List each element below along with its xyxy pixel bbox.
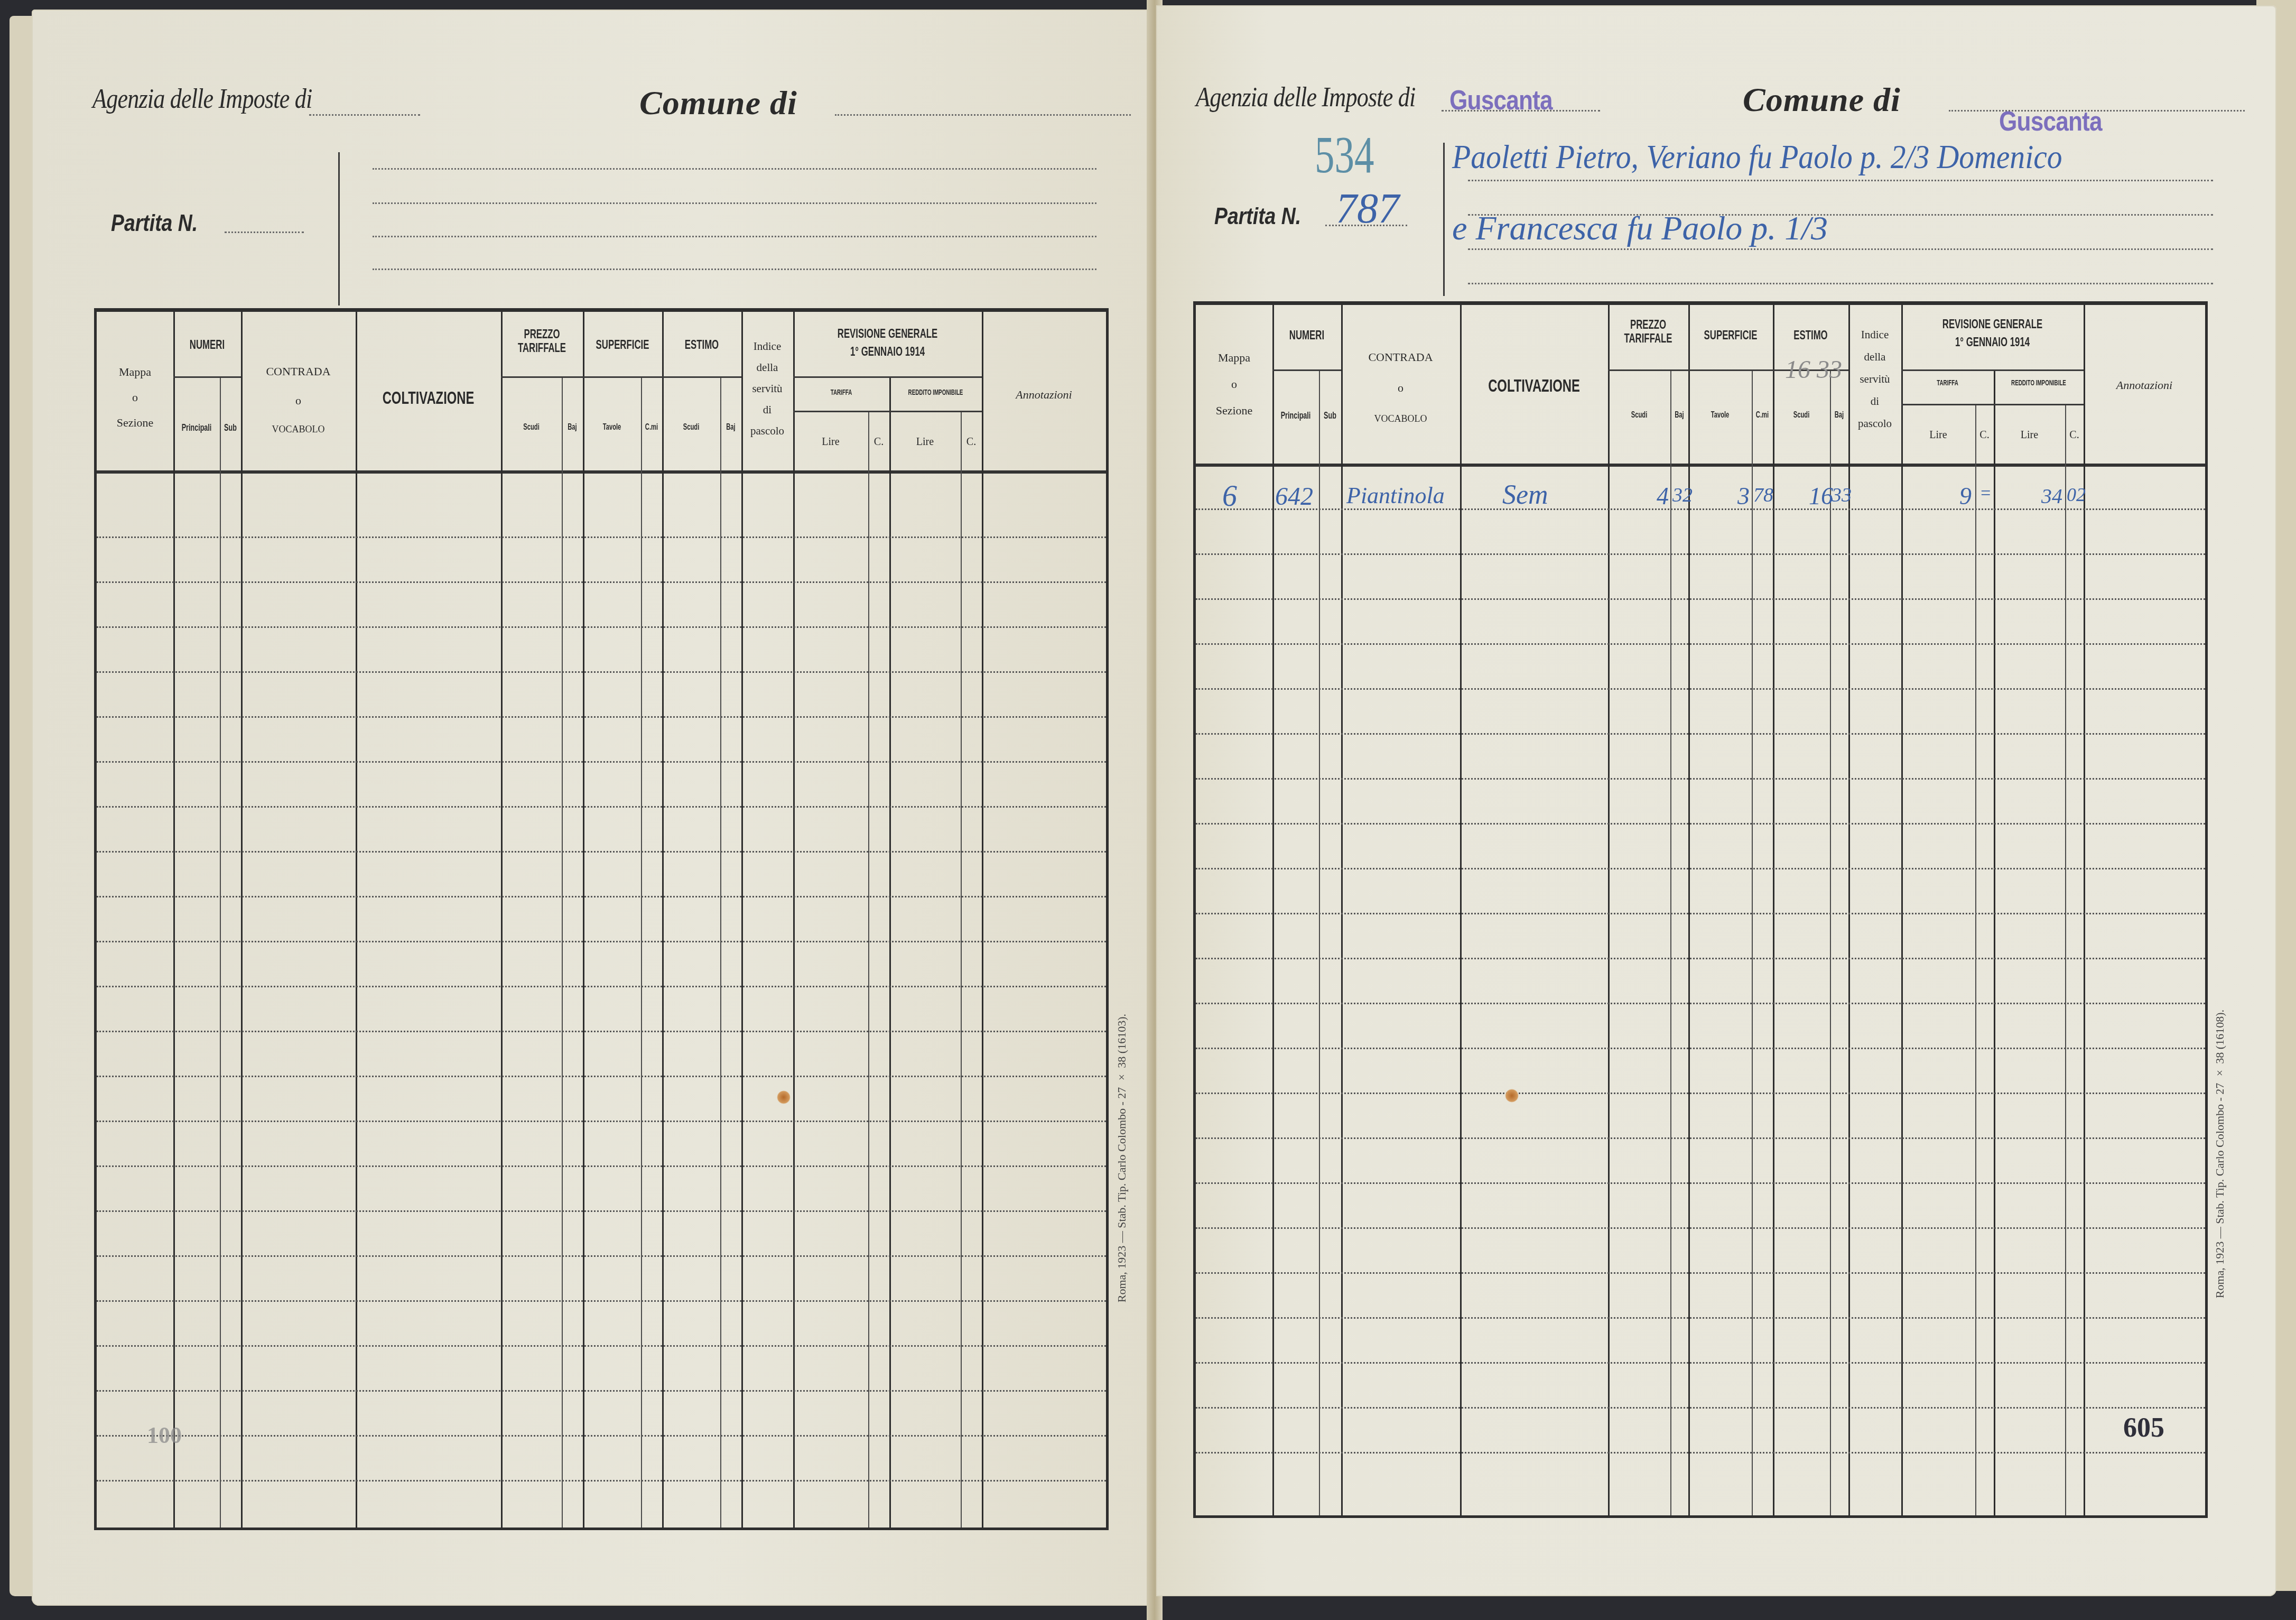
col-divider bbox=[961, 412, 962, 1528]
th-mappa: MappaoSezione bbox=[1196, 345, 1272, 424]
th-revisione: REVISIONE GENERALE1° GENNAIO 1914 bbox=[1929, 316, 2057, 351]
row-line bbox=[97, 536, 1106, 538]
row-line bbox=[1196, 1227, 2205, 1229]
col-divider bbox=[720, 378, 721, 1528]
th-revisione-2: 1° GENNAIO 1914 bbox=[1929, 334, 2057, 351]
row-line bbox=[1196, 1003, 2205, 1004]
register-table-left: MappaoSezione NUMERI Principali Sub CONT… bbox=[94, 308, 1109, 1530]
partita-number: 787 bbox=[1336, 185, 1399, 233]
cell-reddito-lire: 34 bbox=[2041, 484, 2062, 508]
row-line bbox=[97, 626, 1106, 628]
agency-stamp: Guscanta bbox=[1449, 85, 1553, 116]
th-annotazioni: Annotazioni bbox=[982, 388, 1106, 401]
owner-line-1 bbox=[1468, 180, 2213, 181]
th-revisione-2: 1° GENNAIO 1914 bbox=[822, 343, 954, 361]
prezzo-subrule bbox=[501, 376, 583, 378]
cell-tariffa-c: = bbox=[1979, 484, 1992, 504]
owner-line-3 bbox=[373, 236, 1096, 237]
th-tariffa: TARIFFA bbox=[807, 388, 875, 396]
owner-line-1 bbox=[373, 168, 1096, 170]
th-contrada-3: VOCABOLO bbox=[1341, 403, 1460, 434]
col-divider bbox=[1752, 371, 1753, 1515]
th-indice-2: della bbox=[741, 357, 793, 378]
th-prezzo-2: TARIFFALE bbox=[1620, 332, 1676, 346]
th-revisione-1: REVISIONE GENERALE bbox=[822, 325, 954, 343]
th-numeri: NUMERI bbox=[183, 338, 231, 352]
header-bottom-rule bbox=[1196, 464, 2205, 467]
cell-prezzo-scudi: 4 bbox=[1657, 482, 1669, 510]
row-line bbox=[97, 1255, 1106, 1257]
row-line bbox=[1196, 1362, 2205, 1364]
th-indice-5: pascolo bbox=[1848, 412, 1901, 434]
row-line bbox=[97, 671, 1106, 673]
th-prezzo-1: PREZZO bbox=[1620, 318, 1676, 332]
superficie-subrule bbox=[583, 376, 662, 378]
owner-line-2 bbox=[373, 202, 1096, 204]
row-line bbox=[97, 581, 1106, 583]
th-prezzo: PREZZOTARIFFALE bbox=[1620, 318, 1676, 346]
row-line bbox=[1196, 1048, 2205, 1049]
th-baj: Baj bbox=[1673, 411, 1686, 420]
row-line bbox=[1196, 1317, 2205, 1319]
printer-note-right: Roma, 1923 — Stab. Tip. Carlo Colombo - … bbox=[2213, 1010, 2227, 1298]
th-indice-3: servitù bbox=[741, 378, 793, 399]
paper-stain bbox=[777, 1090, 791, 1104]
th-estimo-scudi: Scudi bbox=[671, 423, 712, 432]
col-divider bbox=[1319, 371, 1320, 1515]
cell-estimo-baj: 33 bbox=[1832, 484, 1852, 507]
th-prezzo-1: PREZZO bbox=[513, 328, 571, 341]
estimo-pencil-note: 16 33 bbox=[1785, 355, 1842, 384]
th-tavole: Tavole bbox=[1698, 411, 1742, 420]
th-reddito-lire: Lire bbox=[889, 436, 961, 448]
cell-tariffa-lire: 9 bbox=[1959, 482, 1972, 510]
page-number-right: 605 bbox=[2123, 1412, 2164, 1443]
th-mappa-2: o bbox=[1196, 371, 1272, 397]
th-tariffa-lire: Lire bbox=[1901, 429, 1975, 441]
row-line bbox=[97, 1031, 1106, 1032]
cell-reddito-c: 02 bbox=[2067, 484, 2086, 506]
th-scudi: Scudi bbox=[510, 423, 553, 432]
prezzo-subrule bbox=[1608, 369, 1688, 371]
row-line bbox=[1196, 1093, 2205, 1094]
row-line bbox=[1196, 913, 2205, 914]
col-divider bbox=[1272, 305, 1274, 1515]
col-divider bbox=[1901, 305, 1903, 1515]
th-mappa-3: Sezione bbox=[1196, 397, 1272, 424]
owner-name-line-2: e Francesca fu Paolo p. 1/3 bbox=[1452, 209, 1828, 248]
th-coltivazione: COLTIVAZIONE bbox=[1482, 376, 1586, 396]
col-divider bbox=[641, 378, 642, 1528]
th-principali: Principali bbox=[180, 423, 213, 433]
th-reddito-lire: Lire bbox=[1994, 429, 2065, 441]
th-indice-3: servitù bbox=[1848, 368, 1901, 390]
col-divider bbox=[868, 412, 869, 1528]
th-indice-4: di bbox=[741, 399, 793, 420]
th-reddito-c: C. bbox=[961, 436, 982, 448]
col-divider bbox=[1670, 371, 1671, 1515]
th-tavole: Tavole bbox=[592, 423, 633, 432]
th-contrada-2: o bbox=[1341, 373, 1460, 403]
tariffa-subrule bbox=[793, 411, 982, 412]
row-line bbox=[1196, 1137, 2205, 1139]
th-estimo: ESTIMO bbox=[674, 338, 730, 352]
right-page: Agenzia delle Imposte di Guscanta Comune… bbox=[1156, 5, 2276, 1596]
th-contrada-1: CONTRADA bbox=[241, 357, 356, 386]
estimo-subrule bbox=[662, 376, 741, 378]
partita-field bbox=[225, 232, 304, 233]
col-divider bbox=[1460, 305, 1462, 1515]
col-divider bbox=[562, 378, 563, 1528]
th-indice-4: di bbox=[1848, 390, 1901, 412]
th-indice-1: Indice bbox=[741, 336, 793, 357]
row-line bbox=[1196, 958, 2205, 959]
th-mappa-1: Mappa bbox=[97, 359, 173, 385]
owner-line-4 bbox=[1468, 283, 2213, 284]
row-line bbox=[97, 1210, 1106, 1212]
cell-contrada: Piantinola bbox=[1346, 482, 1445, 509]
th-reddito-c: C. bbox=[2065, 429, 2084, 441]
row-line bbox=[1196, 508, 2205, 510]
row-line bbox=[97, 1480, 1106, 1482]
th-annotazioni: Annotazioni bbox=[2084, 379, 2205, 392]
th-contrada-3: VOCABOLO bbox=[241, 415, 356, 444]
th-indice-5: pascolo bbox=[741, 420, 793, 441]
th-estimo-baj: Baj bbox=[1833, 411, 1846, 420]
th-sub: Sub bbox=[1322, 411, 1337, 421]
col-divider bbox=[1830, 371, 1831, 1515]
row-line bbox=[97, 1435, 1106, 1437]
th-numeri: NUMERI bbox=[1283, 329, 1331, 342]
revisione-subrule bbox=[1901, 369, 2084, 371]
row-line bbox=[1196, 868, 2205, 869]
col-divider bbox=[2065, 405, 2066, 1515]
comune-label: Comune di bbox=[639, 84, 797, 123]
cell-prezzo-baj: 32 bbox=[1672, 484, 1693, 507]
th-indice-2: della bbox=[1848, 346, 1901, 368]
cell-sup-tavole: 3 bbox=[1737, 482, 1750, 510]
th-mappa-3: Sezione bbox=[97, 410, 173, 436]
th-cmi: C.mi bbox=[1755, 411, 1770, 420]
th-superficie: SUPERFICIE bbox=[1701, 329, 1760, 342]
th-tariffa: TARIFFA bbox=[1915, 379, 1980, 387]
row-line bbox=[97, 986, 1106, 987]
row-line bbox=[97, 851, 1106, 853]
th-scudi: Scudi bbox=[1618, 411, 1661, 420]
numeri-subrule bbox=[1272, 369, 1341, 371]
row-line bbox=[97, 896, 1106, 897]
th-tariffa-lire: Lire bbox=[793, 436, 868, 448]
th-baj: Baj bbox=[565, 423, 580, 432]
col-divider bbox=[1994, 371, 1995, 1515]
th-mappa-1: Mappa bbox=[1196, 345, 1272, 371]
row-line bbox=[1196, 688, 2205, 690]
th-cmi: C.mi bbox=[644, 423, 659, 432]
owner-bracket bbox=[1443, 143, 1445, 296]
row-line bbox=[1196, 553, 2205, 555]
row-line bbox=[1196, 643, 2205, 645]
superficie-subrule bbox=[1688, 369, 1773, 371]
agency-label: Agenzia delle Imposte di bbox=[1196, 82, 1415, 113]
th-contrada-2: o bbox=[241, 386, 356, 415]
th-contrada-1: CONTRADA bbox=[1341, 342, 1460, 373]
th-tariffa-c: C. bbox=[868, 436, 889, 448]
agency-label: Agenzia delle Imposte di bbox=[92, 84, 312, 115]
col-divider bbox=[889, 378, 891, 1528]
page-number-left: 100 bbox=[147, 1422, 182, 1449]
row-line bbox=[97, 1076, 1106, 1077]
col-divider bbox=[1341, 305, 1343, 1515]
row-line bbox=[1196, 1182, 2205, 1184]
row-line bbox=[97, 1121, 1106, 1122]
paper-stain bbox=[1505, 1089, 1519, 1103]
row-line bbox=[97, 941, 1106, 942]
cell-sup-cmi: 78 bbox=[1753, 484, 1773, 507]
row-line bbox=[1196, 733, 2205, 735]
th-estimo-baj: Baj bbox=[723, 423, 738, 432]
row-line bbox=[1196, 598, 2205, 600]
row-line bbox=[1196, 1272, 2205, 1274]
owner-name-line-1: Paoletti Pietro, Veriano fu Paolo p. 2/3… bbox=[1452, 137, 2062, 177]
partita-label: Partita N. bbox=[111, 210, 198, 237]
th-indice: Indicedellaservitùdipascolo bbox=[741, 336, 793, 441]
th-mappa: MappaoSezione bbox=[97, 359, 173, 436]
row-line bbox=[97, 1300, 1106, 1302]
col-divider bbox=[1608, 305, 1610, 1515]
cell-estimo-scudi: 16 bbox=[1809, 482, 1833, 510]
row-line bbox=[97, 1345, 1106, 1347]
revisione-subrule bbox=[793, 376, 982, 378]
row-line bbox=[1196, 778, 2205, 780]
row-line bbox=[1196, 1407, 2205, 1409]
comune-stamp: Guscanta bbox=[1999, 106, 2102, 137]
th-contrada: CONTRADAoVOCABOLO bbox=[1341, 342, 1460, 434]
th-sub: Sub bbox=[223, 423, 238, 433]
owner-line-3 bbox=[1468, 248, 2213, 250]
left-page: Agenzia delle Imposte di Comune di Parti… bbox=[32, 10, 1152, 1606]
col-divider bbox=[1975, 405, 1976, 1515]
row-line bbox=[97, 1390, 1106, 1392]
row-line bbox=[97, 1165, 1106, 1167]
partita-label: Partita N. bbox=[1214, 203, 1301, 230]
header-bottom-rule bbox=[97, 470, 1106, 474]
partita-old-number: 534 bbox=[1315, 124, 1374, 185]
numeri-subrule bbox=[173, 376, 241, 378]
th-indice-1: Indice bbox=[1848, 323, 1901, 346]
row-line bbox=[1196, 1452, 2205, 1454]
th-contrada: CONTRADAoVOCABOLO bbox=[241, 357, 356, 444]
cell-principali: 642 bbox=[1275, 482, 1313, 511]
comune-field bbox=[835, 114, 1131, 116]
owner-line-4 bbox=[373, 269, 1096, 270]
row-line bbox=[1196, 823, 2205, 825]
th-prezzo-2: TARIFFALE bbox=[513, 341, 571, 355]
comune-label: Comune di bbox=[1743, 80, 1901, 119]
row-line bbox=[97, 806, 1106, 808]
th-prezzo: PREZZOTARIFFALE bbox=[513, 328, 571, 356]
th-coltivazione: COLTIVAZIONE bbox=[377, 388, 479, 408]
col-divider bbox=[220, 378, 221, 1528]
th-superficie: SUPERFICIE bbox=[595, 338, 650, 352]
owner-bracket bbox=[338, 152, 340, 306]
th-revisione-1: REVISIONE GENERALE bbox=[1929, 316, 2057, 334]
th-tariffa-c: C. bbox=[1975, 429, 1994, 441]
cell-coltivazione: Sem bbox=[1502, 479, 1548, 511]
th-estimo: ESTIMO bbox=[1784, 329, 1837, 342]
tariffa-subrule bbox=[1901, 404, 2084, 405]
th-revisione: REVISIONE GENERALE1° GENNAIO 1914 bbox=[822, 325, 954, 361]
agency-field bbox=[309, 114, 420, 116]
th-estimo-scudi: Scudi bbox=[1781, 411, 1821, 420]
th-reddito: REDDITO IMPONIBILE bbox=[2007, 379, 2070, 387]
row-line bbox=[97, 716, 1106, 718]
th-principali: Principali bbox=[1279, 411, 1312, 421]
register-table-right: MappaoSezione NUMERI Principali Sub CONT… bbox=[1193, 301, 2208, 1518]
printer-note-left: Roma, 1923 — Stab. Tip. Carlo Colombo - … bbox=[1115, 1014, 1129, 1302]
th-reddito: REDDITO IMPONIBILE bbox=[903, 388, 968, 396]
th-mappa-2: o bbox=[97, 385, 173, 410]
row-line bbox=[97, 761, 1106, 763]
th-indice: Indicedellaservitùdipascolo bbox=[1848, 323, 1901, 434]
